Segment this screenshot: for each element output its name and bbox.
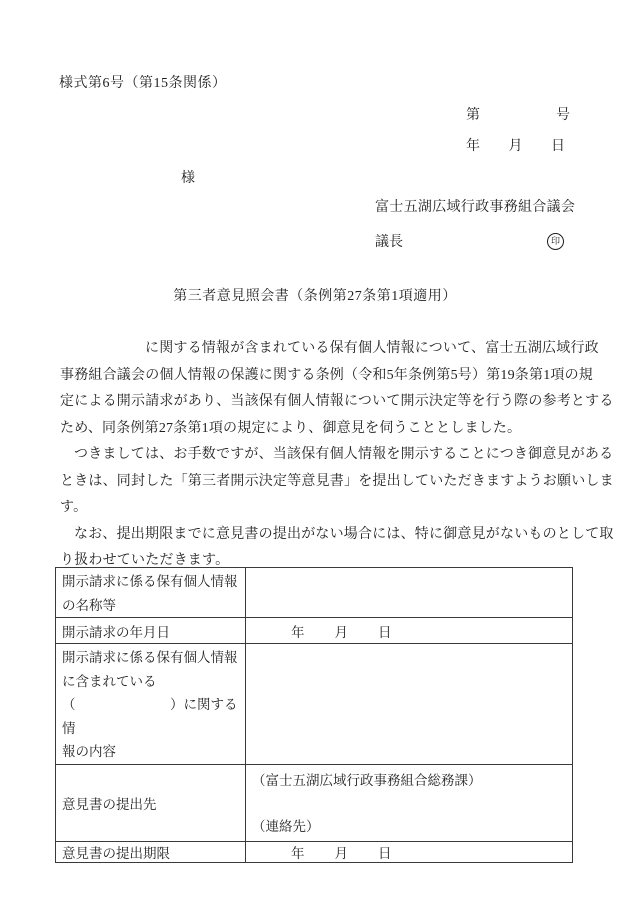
date-day-label: 日: [378, 621, 392, 641]
table-row-submission-destination: 意見書の提出先 （富士五湖広域行政事務組合総務課） （連絡先）: [56, 764, 573, 841]
row-label-line: 開示請求に係る保有個人情報: [62, 646, 239, 670]
date-year-label: 年: [466, 135, 480, 155]
date-year-label: 年: [291, 621, 305, 641]
row-label-line: 報の内容: [62, 740, 239, 764]
seal-character: 印: [551, 237, 560, 246]
date-month-label: 月: [335, 621, 349, 641]
date-month-label: 月: [335, 842, 349, 862]
contact-label: （連絡先）: [252, 815, 566, 839]
row-label-cell: 開示請求に係る保有個人情報 に含まれている （ ）に関する情 報の内容: [56, 644, 246, 765]
empty-field: [246, 568, 573, 618]
row-label-cell: 意見書の提出期限: [56, 841, 246, 862]
body-line: ため、同条例第27条第1項の規定により、御意見を伺うこととしました。: [60, 416, 572, 443]
document-page: 様式第6号（第15条関係） 第 号 年 月 日 様 富士五湖広域行政事務組合議会…: [0, 0, 630, 903]
date-month-label: 月: [509, 135, 523, 155]
date-field: 年 月 日: [246, 841, 573, 862]
body-line: なお、提出期限までに意見書の提出がない場合には、特に御意見がないものとして取: [60, 522, 572, 549]
body-text: に関する情報が含まれている保有個人情報について、富士五湖広域行政 事務組合議会の…: [60, 336, 572, 575]
row-label-line: 開示請求に係る保有個人情報: [62, 570, 239, 594]
form-number: 様式第6号（第15条関係）: [59, 72, 227, 92]
destination-office: （富士五湖広域行政事務組合総務課）: [252, 769, 566, 793]
table-row-submission-deadline: 意見書の提出期限 年 月 日: [56, 841, 573, 862]
table-row-request-date: 開示請求の年月日 年 月 日: [56, 618, 573, 644]
row-label-line: に含まれている: [62, 670, 239, 694]
sender-title: 議長: [375, 231, 403, 251]
doc-number-suffix: 号: [556, 104, 570, 124]
table-row-name-of-information: 開示請求に係る保有個人情報 の名称等: [56, 568, 573, 618]
body-line: つきましては、お手数ですが、当該保有個人情報を開示することにつき御意見がある: [60, 442, 572, 469]
body-line: ときは、同封した「第三者開示決定等意見書」を提出していただきますようお願いしま: [60, 469, 572, 496]
addressee-honorific: 様: [181, 167, 195, 187]
sender-title-row: 議長 印: [375, 231, 564, 251]
row-label-line: の名称等: [62, 594, 239, 618]
date-day-label: 日: [378, 842, 392, 862]
empty-field: [246, 644, 573, 765]
row-label-cell: 意見書の提出先: [56, 764, 246, 841]
body-line: す。: [60, 495, 572, 522]
date-day-label: 日: [551, 135, 565, 155]
document-number-line: 第 号: [466, 104, 570, 124]
date-field: 年 月 日: [246, 618, 573, 644]
table-row-information-content: 開示請求に係る保有個人情報 に含まれている （ ）に関する情 報の内容: [56, 644, 573, 765]
body-line: 定による開示請求があり、当該保有個人情報について開示決定等を行う際の参考とする: [60, 389, 572, 416]
doc-number-prefix: 第: [466, 104, 480, 124]
destination-field: （富士五湖広域行政事務組合総務課） （連絡先）: [246, 764, 573, 841]
row-label-cell: 開示請求に係る保有個人情報 の名称等: [56, 568, 246, 618]
seal-icon: 印: [547, 233, 564, 250]
body-line: 事務組合議会の個人情報の保護に関する条例（令和5年条例第5号）第19条第1項の規: [60, 363, 572, 390]
form-table: 開示請求に係る保有個人情報 の名称等 開示請求の年月日 年 月 日: [55, 567, 573, 863]
row-label-line: （ ）に関する情: [62, 693, 239, 740]
body-line: に関する情報が含まれている保有個人情報について、富士五湖広域行政: [60, 336, 572, 363]
sender-block: 富士五湖広域行政事務組合議会 議長 印: [375, 200, 564, 251]
date-year-label: 年: [291, 842, 305, 862]
sender-organization: 富士五湖広域行政事務組合議会: [375, 200, 564, 216]
document-title: 第三者意見照会書（条例第27条第1項適用）: [0, 285, 630, 305]
row-label-cell: 開示請求の年月日: [56, 618, 246, 644]
header-date-line: 年 月 日: [466, 135, 565, 155]
